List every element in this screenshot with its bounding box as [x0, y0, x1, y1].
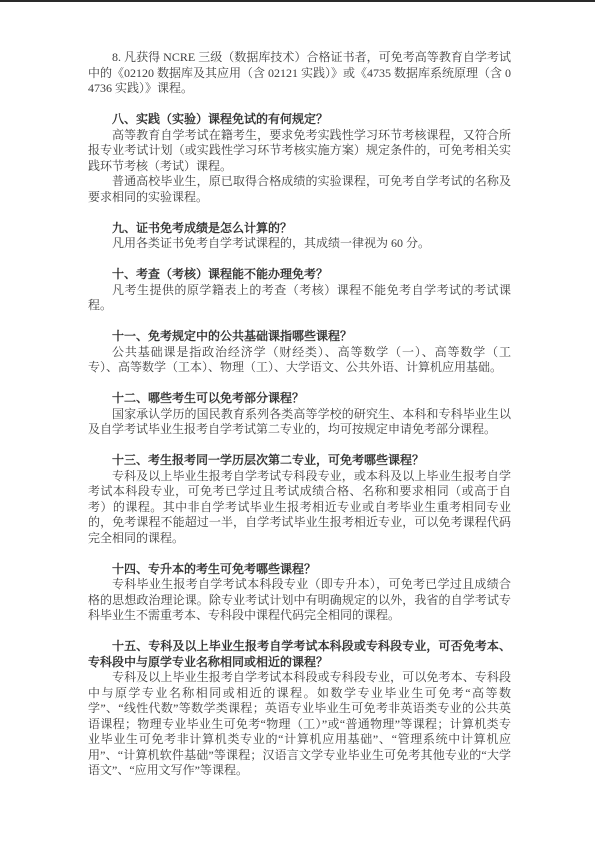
- paragraph-answer-15: 专科及以上毕业生报考自学考试本科段或专科段专业，可以免考本、专科段中与原学专业名…: [88, 670, 511, 779]
- paragraph-answer-11: 公共基础课是指政治经济学（财经类）、高等数学（一）、高等数学（工专）、高等数学（…: [88, 345, 511, 376]
- paragraph-answer-9: 凡用各类证书免考自学考试课程的，其成绩一律视为 60 分。: [88, 236, 511, 252]
- paragraph-answer-12: 国家承认学历的国民教育系列各类高等学校的研究生、本科和专科毕业生以及自学考试毕业…: [88, 407, 511, 438]
- paragraph-answer-13: 专科及以上毕业生报考自学考试专科段专业，或本科及以上毕业生报考自学考试本科段专业…: [88, 469, 511, 547]
- paragraph-answer-14: 专科毕业生报考自学考试本科段专业（即专升本），可免考已学过且成绩合格的思想政治理…: [88, 577, 511, 624]
- question-heading-12: 十二、哪些考生可以免考部分课程？: [88, 391, 511, 407]
- question-heading-10: 十、考查（考核）课程能不能办理免考？: [88, 267, 511, 283]
- paragraph-item-8: 8. 凡获得 NCRE 三级（数据库技术）合格证书者，可免考高等教育自学考试中的…: [88, 50, 511, 97]
- paragraph-answer-8a: 高等教育自学考试在籍考生，要求免考实践性学习环节考核课程，又符合所报专业考试计划…: [88, 128, 511, 175]
- question-heading-11: 十一、免考规定中的公共基础课指哪些课程？: [88, 329, 511, 345]
- question-heading-15: 十五、专科及以上毕业生报考自学考试本科段或专科段专业，可否免考本、专科段中与原学…: [88, 639, 511, 670]
- question-heading-8: 八、实践（实验）课程免试的有何规定？: [88, 112, 511, 128]
- question-heading-9: 九、证书免考成绩是怎么计算的？: [88, 221, 511, 237]
- paragraph-answer-8b: 普通高校毕业生，原已取得合格成绩的实验课程，可免考自学考试的名称及要求相同的实验…: [88, 174, 511, 205]
- question-heading-14: 十四、专升本的考生可免考哪些课程？: [88, 562, 511, 578]
- paragraph-answer-10: 凡考生提供的原学籍表上的考查（考核）课程不能免考自学考试的考试课程。: [88, 283, 511, 314]
- page-top-edge-line: [0, 0, 595, 2]
- question-heading-13: 十三、考生报考同一学历层次第二专业，可免考哪些课程？: [88, 453, 511, 469]
- document-page: 8. 凡获得 NCRE 三级（数据库技术）合格证书者，可免考高等教育自学考试中的…: [0, 0, 595, 841]
